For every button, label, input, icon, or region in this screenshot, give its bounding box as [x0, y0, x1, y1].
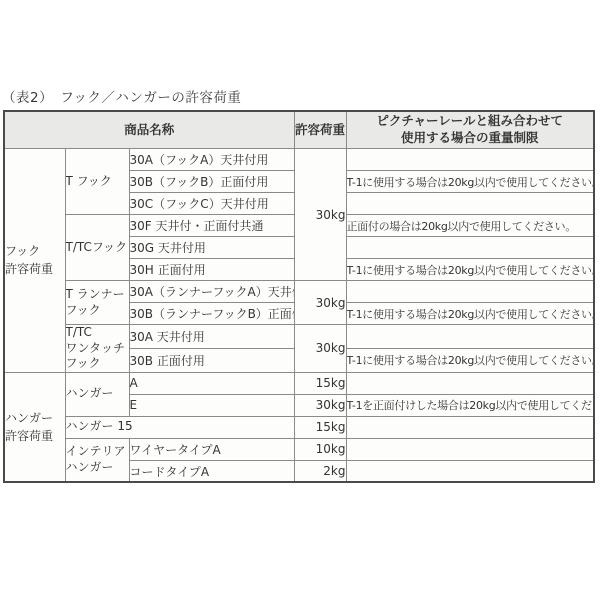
restriction-note: T-1に使用する場合は20kg以内で使用してください。 [346, 348, 594, 372]
restriction-note: T-1に使用する場合は20kg以内で使用してください。 [346, 171, 594, 193]
item-name: 30C（フックC）天井付用 [129, 193, 294, 215]
group-label-ttc-onetouch-hook: T/TC ワンタッチ フック [65, 325, 129, 373]
load-value: 30kg [294, 394, 346, 416]
group-label-t-runner-hook: T ランナー フック [65, 281, 129, 325]
item-name: 30A（ランナーフックA）天井付用 [129, 281, 294, 303]
restriction-note [346, 193, 594, 215]
table-row: ハンガー 許容荷重 ハンガー A 15kg [4, 372, 594, 394]
col-header-product-name: 商品名称 [4, 111, 294, 149]
header-row: 商品名称 許容荷重 ピクチャーレールと組み合わせて 使用する場合の重量制限 [4, 111, 594, 149]
item-name: 30A（フックA）天井付用 [129, 149, 294, 171]
restriction-note: T-1に使用する場合は20kg以内で使用してください。 [346, 259, 594, 281]
table-row: ハンガー 15 15kg [4, 416, 594, 438]
table-title: （表2） フック／ハンガーの許容荷重 [2, 86, 241, 106]
table-row: フック 許容荷重 T フック 30A（フックA）天井付用 30kg [4, 149, 594, 171]
load-value: 30kg [294, 325, 346, 373]
load-value: 2kg [294, 460, 346, 482]
item-name: 30B（ランナーフックB）正面付用 [129, 303, 294, 325]
group-label-hanger: ハンガー [65, 372, 129, 416]
restriction-note [346, 281, 594, 303]
restriction-note: T-1を正面付けした場合は20kg以内で使用してください。 [346, 394, 594, 416]
group-label-hanger15: ハンガー 15 [65, 416, 294, 438]
item-name: 30A 天井付用 [129, 325, 294, 349]
item-name: 30B 正面付用 [129, 348, 294, 372]
item-name: 30B（フックB）正面付用 [129, 171, 294, 193]
restriction-note [346, 438, 594, 460]
group-label-t-hook: T フック [65, 149, 129, 215]
item-name: 30F 天井付・正面付共通 [129, 215, 294, 237]
load-value: 30kg [294, 281, 346, 325]
table-row: インテリア ハンガー ワイヤータイプA 10kg [4, 438, 594, 460]
item-name: 30H 正面付用 [129, 259, 294, 281]
restriction-note [346, 372, 594, 394]
restriction-note [346, 149, 594, 171]
restriction-note: 正面付の場合は20kg以内で使用してください。 [346, 215, 594, 237]
restriction-note [346, 460, 594, 482]
item-name: コードタイプA [129, 460, 294, 482]
load-value: 10kg [294, 438, 346, 460]
document-page: （表2） フック／ハンガーの許容荷重 商品名称 許容荷重 ピクチャーレールと組み… [0, 0, 600, 600]
table-row: T ランナー フック 30A（ランナーフックA）天井付用 30kg [4, 281, 594, 303]
item-name: ワイヤータイプA [129, 438, 294, 460]
load-value: 15kg [294, 416, 346, 438]
load-value: 30kg [294, 149, 346, 281]
item-name: 30G 天井付用 [129, 237, 294, 259]
item-name: A [129, 372, 294, 394]
restriction-note [346, 237, 594, 259]
load-value: 15kg [294, 372, 346, 394]
col-header-rail-restriction: ピクチャーレールと組み合わせて 使用する場合の重量制限 [346, 111, 594, 149]
col-header-allowable-load: 許容荷重 [294, 111, 346, 149]
table-row: T/TC ワンタッチ フック 30A 天井付用 30kg [4, 325, 594, 349]
restriction-note [346, 416, 594, 438]
restriction-note [346, 325, 594, 349]
section-label-hook: フック 許容荷重 [4, 149, 65, 373]
item-name: E [129, 394, 294, 416]
restriction-note: T-1に使用する場合は20kg以内で使用してください。 [346, 303, 594, 325]
spec-table: 商品名称 許容荷重 ピクチャーレールと組み合わせて 使用する場合の重量制限 フッ… [3, 110, 595, 483]
section-label-hanger: ハンガー 許容荷重 [4, 372, 65, 482]
group-label-ttc-hook: T/TCフック [65, 215, 129, 281]
group-label-interior-hanger: インテリア ハンガー [65, 438, 129, 482]
